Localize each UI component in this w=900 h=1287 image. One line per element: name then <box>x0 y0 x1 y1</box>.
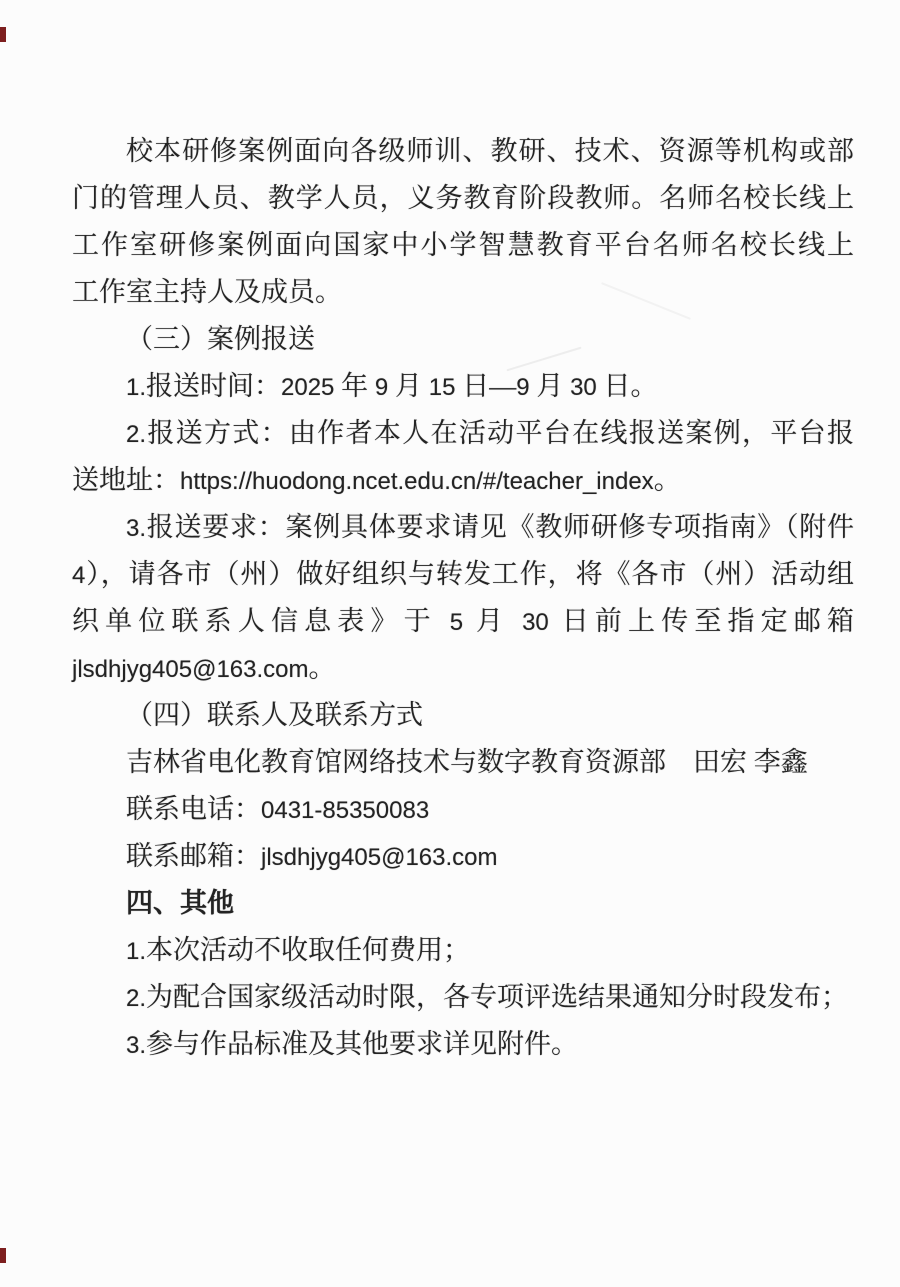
cjk-run: 四、其他 <box>126 888 234 918</box>
cjk-run: 为配合国家级活动时限，各专项评选结果通知分时段发布； <box>146 982 848 1012</box>
cjk-run: 织单位联系人信息表》于 <box>72 606 450 636</box>
cjk-run: 工作室研修案例面向国家中小学智慧教育平台名师名校长线上 <box>72 230 854 260</box>
cjk-run: 日— <box>455 371 516 401</box>
cjk-run: 。 <box>654 465 681 495</box>
scanned-document-page: 校本研修案例面向各级师训、教研、技术、资源等机构或部门的管理人员、教学人员，义务… <box>0 0 900 1287</box>
text-line-16: 联系邮箱：jlsdhjyg405@163.com <box>72 833 854 880</box>
text-line-8: 送地址：https://huodong.ncet.edu.cn/#/teache… <box>72 457 854 504</box>
cjk-run: 联系电话： <box>126 794 261 824</box>
scan-mark-top-left <box>0 27 6 42</box>
cjk-run: 参与作品标准及其他要求详见附件。 <box>146 1029 578 1059</box>
text-line-2: 门的管理人员、教学人员，义务教育阶段教师。名师名校长线上 <box>72 175 854 222</box>
text-line-12: jlsdhjyg405@163.com。 <box>72 645 854 692</box>
text-line-6: 1.报送时间：2025 年 9 月 15 日—9 月 30 日。 <box>72 363 854 410</box>
cjk-run: 月 <box>388 371 429 401</box>
text-line-20: 3.参与作品标准及其他要求详见附件。 <box>72 1021 854 1068</box>
latin-run: 9 <box>516 374 529 401</box>
text-line-4: 工作室主持人及成员。 <box>72 269 854 316</box>
cjk-run: 月 <box>530 371 571 401</box>
cjk-run: ），请各市（州）做好组织与转发工作，将《各市（州）活动组 <box>85 559 854 589</box>
cjk-run: （三）案例报送 <box>126 324 315 354</box>
cjk-run: 日前上传至指定邮箱 <box>549 606 854 636</box>
text-line-13: （四）联系人及联系方式 <box>72 692 854 739</box>
text-line-18: 1.本次活动不收取任何费用； <box>72 927 854 974</box>
cjk-run: 本次活动不收取任何费用； <box>146 935 470 965</box>
cjk-run: 联系邮箱： <box>126 841 261 871</box>
cjk-run: 门的管理人员、教学人员，义务教育阶段教师。名师名校长线上 <box>72 183 854 213</box>
latin-run: 1. <box>126 374 146 401</box>
latin-run: 2. <box>126 421 146 448</box>
latin-run: 1. <box>126 938 146 965</box>
text-line-19: 2.为配合国家级活动时限，各专项评选结果通知分时段发布； <box>72 974 854 1021</box>
scan-mark-bottom-left <box>0 1248 6 1263</box>
cjk-run: 。 <box>309 653 336 683</box>
latin-run: 2025 <box>281 374 334 401</box>
latin-run: jlsdhjyg405@163.com <box>72 656 309 683</box>
latin-run: 30 <box>570 374 597 401</box>
latin-run: 4 <box>72 562 85 589</box>
cjk-run: 报送时间： <box>146 371 281 401</box>
cjk-run: 月 <box>463 606 522 636</box>
cjk-run: 校本研修案例面向各级师训、教研、技术、资源等机构或部 <box>126 136 854 166</box>
text-line-3: 工作室研修案例面向国家中小学智慧教育平台名师名校长线上 <box>72 222 854 269</box>
latin-run: 15 <box>429 374 456 401</box>
latin-run: 3. <box>126 515 146 542</box>
text-line-5: （三）案例报送 <box>72 316 854 363</box>
cjk-run: 年 <box>334 371 375 401</box>
latin-run: 5 <box>450 609 463 636</box>
text-line-11: 织单位联系人信息表》于 5 月 30 日前上传至指定邮箱 <box>72 598 854 645</box>
latin-run: 2. <box>126 985 146 1012</box>
text-line-1: 校本研修案例面向各级师训、教研、技术、资源等机构或部 <box>72 128 854 175</box>
text-line-14: 吉林省电化教育馆网络技术与数字教育资源部 田宏 李鑫 <box>72 739 854 786</box>
cjk-run: 日。 <box>597 371 658 401</box>
latin-run: 3. <box>126 1032 146 1059</box>
document-body: 校本研修案例面向各级师训、教研、技术、资源等机构或部门的管理人员、教学人员，义务… <box>72 128 854 1068</box>
latin-run: https://huodong.ncet.edu.cn/#/teacher_in… <box>180 468 654 495</box>
text-line-7: 2.报送方式：由作者本人在活动平台在线报送案例，平台报 <box>72 410 854 457</box>
text-line-17: 四、其他 <box>72 880 854 927</box>
cjk-run: 吉林省电化教育馆网络技术与数字教育资源部 田宏 李鑫 <box>126 747 808 777</box>
text-line-15: 联系电话：0431-85350083 <box>72 786 854 833</box>
text-line-9: 3.报送要求：案例具体要求请见《教师研修专项指南》（附件 <box>72 504 854 551</box>
text-line-10: 4），请各市（州）做好组织与转发工作，将《各市（州）活动组 <box>72 551 854 598</box>
latin-run: 9 <box>375 374 388 401</box>
latin-run: 0431-85350083 <box>261 797 429 824</box>
latin-run: 30 <box>522 609 549 636</box>
cjk-run: 报送方式：由作者本人在活动平台在线报送案例，平台报 <box>146 418 854 448</box>
latin-run: jlsdhjyg405@163.com <box>261 844 498 871</box>
cjk-run: 送地址： <box>72 465 180 495</box>
cjk-run: 工作室主持人及成员。 <box>72 277 342 307</box>
cjk-run: （四）联系人及联系方式 <box>126 700 423 730</box>
cjk-run: 报送要求：案例具体要求请见《教师研修专项指南》（附件 <box>146 512 854 542</box>
